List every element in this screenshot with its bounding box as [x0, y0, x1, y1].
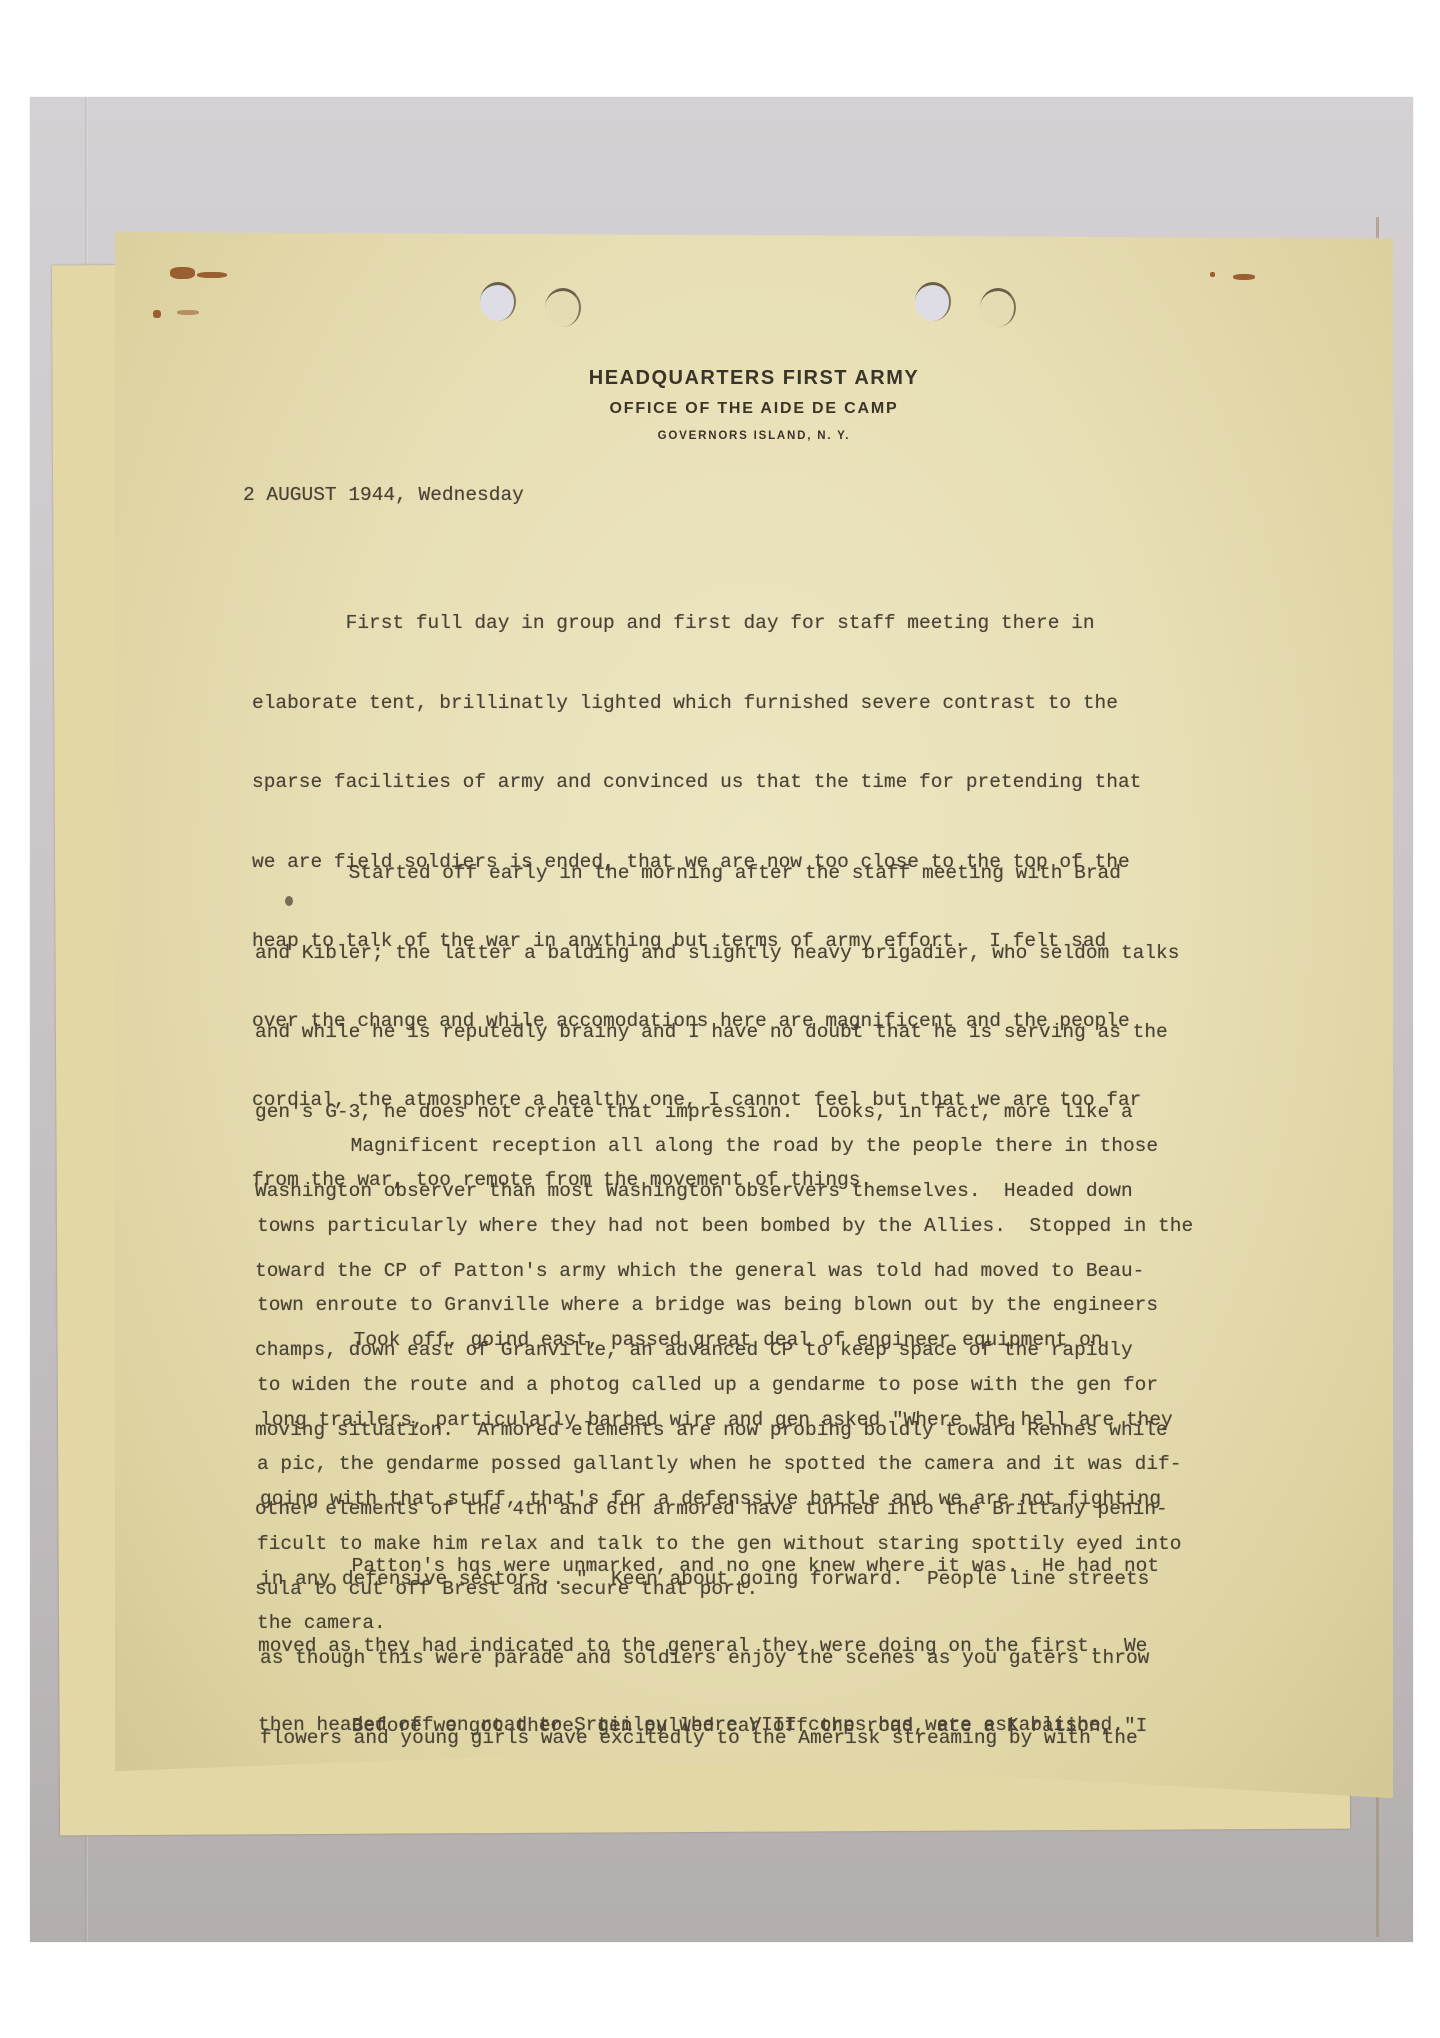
letterhead-subtitle: OFFICE OF THE AIDE DE CAMP	[115, 400, 1393, 418]
text-line: towns particularly where they had not be…	[257, 1213, 1193, 1240]
letterhead-title: HEADQUARTERS FIRST ARMY	[115, 367, 1393, 390]
text-line: a division sup here three weeks ago.	[258, 1951, 1218, 1978]
letterhead-address: GOVERNORS ISLAND, N. Y.	[115, 430, 1393, 442]
text-line: Patton's hqs were unmarked, and no one k…	[258, 1553, 1218, 1580]
text-line: and while he is reputedly brainy and I h…	[255, 1019, 1179, 1046]
entry-date: 2 AUGUST 1944, Wednesday	[243, 482, 524, 509]
text-line: long trailers, particularly barbed wire …	[260, 1407, 1173, 1434]
text-line: Magnificent reception all along the road…	[257, 1133, 1193, 1160]
punch-hole	[915, 282, 951, 321]
text-line: Started off early in the morning after t…	[255, 860, 1179, 887]
text-line: Took off, goind east, passed great deal …	[260, 1327, 1173, 1354]
rust-stain	[1210, 272, 1215, 277]
text-line: Before we got there, gen pulled car off …	[258, 1713, 1171, 1740]
rust-stain	[153, 310, 161, 318]
text-line: sparse facilities of army and convinced …	[252, 769, 1141, 796]
rust-stain	[177, 310, 199, 315]
text-line: First full day in group and first day fo…	[252, 610, 1141, 637]
punch-hole	[980, 288, 1016, 327]
rust-stain	[1233, 274, 1255, 280]
text-line: and Kibler; the latter a balding and sli…	[255, 940, 1179, 967]
letter-page: HEADQUARTERS FIRST ARMY OFFICE OF THE AI…	[115, 232, 1393, 1827]
punch-hole	[545, 288, 581, 327]
text-line: elaborate tent, brillinatly lighted whic…	[252, 690, 1141, 717]
text-line: moved as they had indicated to the gener…	[258, 1633, 1218, 1660]
rust-stain	[170, 267, 195, 279]
punch-hole	[480, 282, 516, 321]
rust-stain	[197, 272, 227, 278]
